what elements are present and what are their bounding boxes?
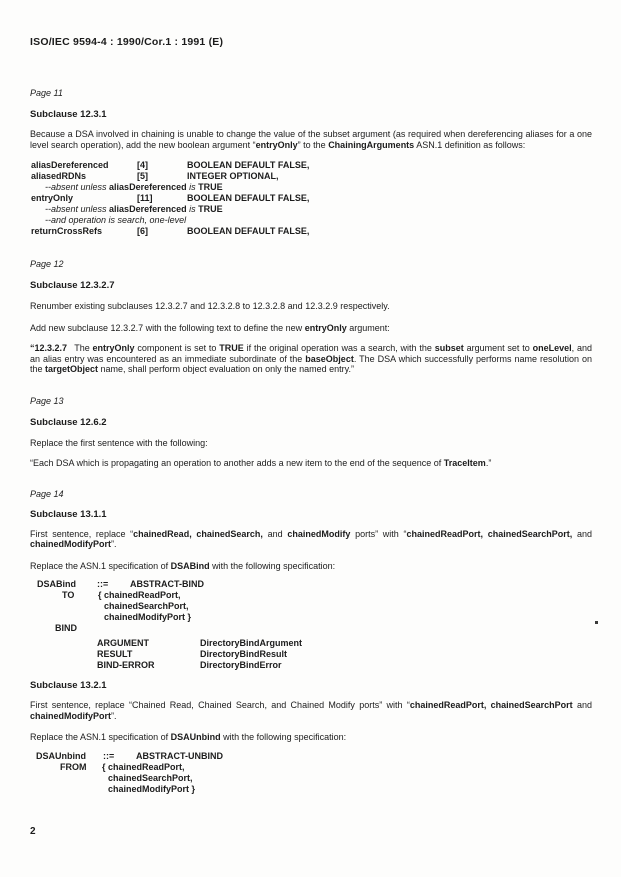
text-run: oneLevel [533,343,572,353]
type-name: DSAUnbind [36,751,103,762]
assign-operator: ::= [103,751,136,762]
port-name: chainedModifyPort } [104,612,191,622]
type-name: DirectoryBindError [200,660,282,670]
text-run: chainedReadPort, chainedSearchPort [410,700,573,710]
keyword: RESULT [97,649,200,660]
code-line: DSABind::=ABSTRACT-BIND [37,579,592,590]
text-run: chainedRead, chainedSearch, [133,529,263,539]
page-ref-label: Page 14 [30,489,592,499]
asn1-code-block: aliasDereferenced[4]BOOLEAN DEFAULT FALS… [30,160,592,237]
code-line: DSAUnbind::=ABSTRACT-UNBIND [36,751,592,762]
text-run: is [187,204,199,214]
paragraph: First sentence, replace “chainedRead, ch… [30,529,592,550]
subclause-heading: Subclause 12.3.2.7 [30,280,592,291]
text-run: is [187,182,199,192]
field-type: BOOLEAN DEFAULT FALSE, [187,193,309,203]
page-ref-label: Page 12 [30,259,592,269]
paragraph: Renumber existing subclauses 12.3.2.7 an… [30,301,592,312]
text-run: First sentence, replace “Chained Read, C… [30,700,410,710]
code-line: chainedModifyPort } [36,784,592,795]
code-comment: --absent unless aliasDereferenced is TRU… [31,182,592,193]
text-run: --and operation is search, one-level [45,215,186,225]
field-tag: [5] [137,171,187,182]
text-run: ChainingArguments [328,140,414,150]
text-run: aliasDereferenced [109,182,187,192]
text-run: DSABind [171,561,210,571]
field-tag: [11] [137,193,187,204]
field-name: entryOnly [31,193,137,204]
text-run: chainedModifyPort [30,711,111,721]
paragraph: Replace the ASN.1 specification of DSAUn… [30,732,592,743]
text-run: chainedModify [287,529,350,539]
paragraph: First sentence, replace “Chained Read, C… [30,700,592,721]
paragraph: Replace the ASN.1 specification of DSABi… [30,561,592,572]
field-tag: [4] [137,160,187,171]
text-run: ASN.1 definition as follows: [414,140,525,150]
text-run: argument: [347,323,390,333]
text-run: targetObject [45,364,98,374]
text-run: Replace the first sentence with the foll… [30,438,208,448]
assign-operator: ::= [97,579,130,590]
text-run: chainedModifyPort [30,539,111,549]
page-ref-label: Page 13 [30,396,592,406]
text-run: “Each DSA which is propagating an operat… [30,458,444,468]
document-page: ISO/IEC 9594-4 : 1990/Cor.1 : 1991 (E) P… [0,0,621,877]
text-run: if the original operation was a search, … [244,343,435,353]
code-line: BIND [37,623,592,634]
text-run: and [573,700,592,710]
port-name: chainedSearchPort, [108,773,193,783]
keyword: ABSTRACT-BIND [130,579,204,589]
text-run: ” to the [298,140,329,150]
port-name: { chainedReadPort, [98,590,181,600]
text-run: First sentence, replace “ [30,529,133,539]
text-run: name, shall perform object evaluation on… [98,364,354,374]
paragraph: Because a DSA involved in chaining is un… [30,129,592,150]
text-run: baseObject [305,354,354,364]
field-name: aliasDereferenced [31,160,137,171]
field-name: aliasedRDNs [31,171,137,182]
text-run: Replace the ASN.1 specification of [30,732,171,742]
code-line: aliasDereferenced[4]BOOLEAN DEFAULT FALS… [31,160,592,171]
field-tag: [6] [137,226,187,237]
text-run: Replace the ASN.1 specification of [30,561,171,571]
page-number: 2 [30,826,36,837]
text-run: Add new subclause 12.3.2.7 with the foll… [30,323,305,333]
text-run: ”. [111,711,117,721]
text-run: subset [435,343,464,353]
code-line: TO{ chainedReadPort, [37,590,592,601]
print-speck [595,621,598,624]
keyword: ARGUMENT [97,638,200,649]
paragraph: “Each DSA which is propagating an operat… [30,458,592,469]
text-run: TraceItem [444,458,486,468]
text-run: argument set to [464,343,533,353]
keyword: BIND-ERROR [97,660,200,671]
text-run: entryOnly [256,140,298,150]
field-type: BOOLEAN DEFAULT FALSE, [187,160,309,170]
text-run: and [263,529,287,539]
text-run: TRUE [198,204,223,214]
text-run: The [67,343,93,353]
code-line: ARGUMENTDirectoryBindArgument [37,638,592,649]
text-run: and [572,529,592,539]
paragraph: Add new subclause 12.3.2.7 with the foll… [30,323,592,334]
port-name: chainedSearchPort, [104,601,189,611]
text-run: TRUE [219,343,244,353]
text-run: .” [486,458,492,468]
type-name: DirectoryBindResult [200,649,287,659]
code-line: BIND-ERRORDirectoryBindError [37,660,592,671]
subclause-heading: Subclause 12.3.1 [30,109,592,120]
text-run: --absent unless [45,182,109,192]
subclause-heading: Subclause 13.2.1 [30,680,592,691]
keyword: BIND [55,623,77,633]
text-run: entryOnly [93,343,135,353]
text-run: with the following specification: [210,561,336,571]
port-name: { chainedReadPort, [102,762,185,772]
paragraph: “12.3.2.7 The entryOnly component is set… [30,343,592,375]
field-type: INTEGER OPTIONAL, [187,171,279,181]
subclause-heading: Subclause 12.6.2 [30,417,592,428]
text-run: aliasDereferenced [109,204,187,214]
keyword: ABSTRACT-UNBIND [136,751,223,761]
text-run: entryOnly [305,323,347,333]
port-name: chainedModifyPort } [108,784,195,794]
text-run: --absent unless [45,204,109,214]
asn1-code-block: DSABind::=ABSTRACT-BIND TO{ chainedReadP… [30,579,592,671]
text-run: DSAUnbind [171,732,221,742]
text-run: Renumber existing subclauses 12.3.2.7 an… [30,301,390,311]
text-run: with the following specification: [221,732,347,742]
code-line: aliasedRDNs[5]INTEGER OPTIONAL, [31,171,592,182]
paragraph: Replace the first sentence with the foll… [30,438,592,449]
keyword: FROM [60,762,102,773]
text-run: “12.3.2.7 [30,343,67,353]
page-ref-label: Page 11 [30,88,592,98]
type-name: DirectoryBindArgument [200,638,302,648]
code-line: RESULTDirectoryBindResult [37,649,592,660]
code-line: chainedModifyPort } [37,612,592,623]
asn1-code-block: DSAUnbind::=ABSTRACT-UNBIND FROM{ chaine… [30,751,592,795]
field-type: BOOLEAN DEFAULT FALSE, [187,226,309,236]
code-line: FROM{ chainedReadPort, [36,762,592,773]
subclause-heading: Subclause 13.1.1 [30,509,592,520]
code-comment: --and operation is search, one-level [31,215,592,226]
text-run: TRUE [198,182,223,192]
text-run: chainedReadPort, chainedSearchPort, [407,529,573,539]
field-name: returnCrossRefs [31,226,137,237]
text-run: component is set to [135,343,220,353]
code-line: returnCrossRefs[6]BOOLEAN DEFAULT FALSE, [31,226,592,237]
type-name: DSABind [37,579,97,590]
code-line: entryOnly[11]BOOLEAN DEFAULT FALSE, [31,193,592,204]
text-run: ”. [111,539,117,549]
document-header-title: ISO/IEC 9594-4 : 1990/Cor.1 : 1991 (E) [30,36,592,48]
keyword: TO [62,590,98,601]
code-comment: --absent unless aliasDereferenced is TRU… [31,204,592,215]
page-content: ISO/IEC 9594-4 : 1990/Cor.1 : 1991 (E) P… [30,0,592,795]
code-line: chainedSearchPort, [36,773,592,784]
text-run: ports” with “ [350,529,406,539]
code-line: chainedSearchPort, [37,601,592,612]
